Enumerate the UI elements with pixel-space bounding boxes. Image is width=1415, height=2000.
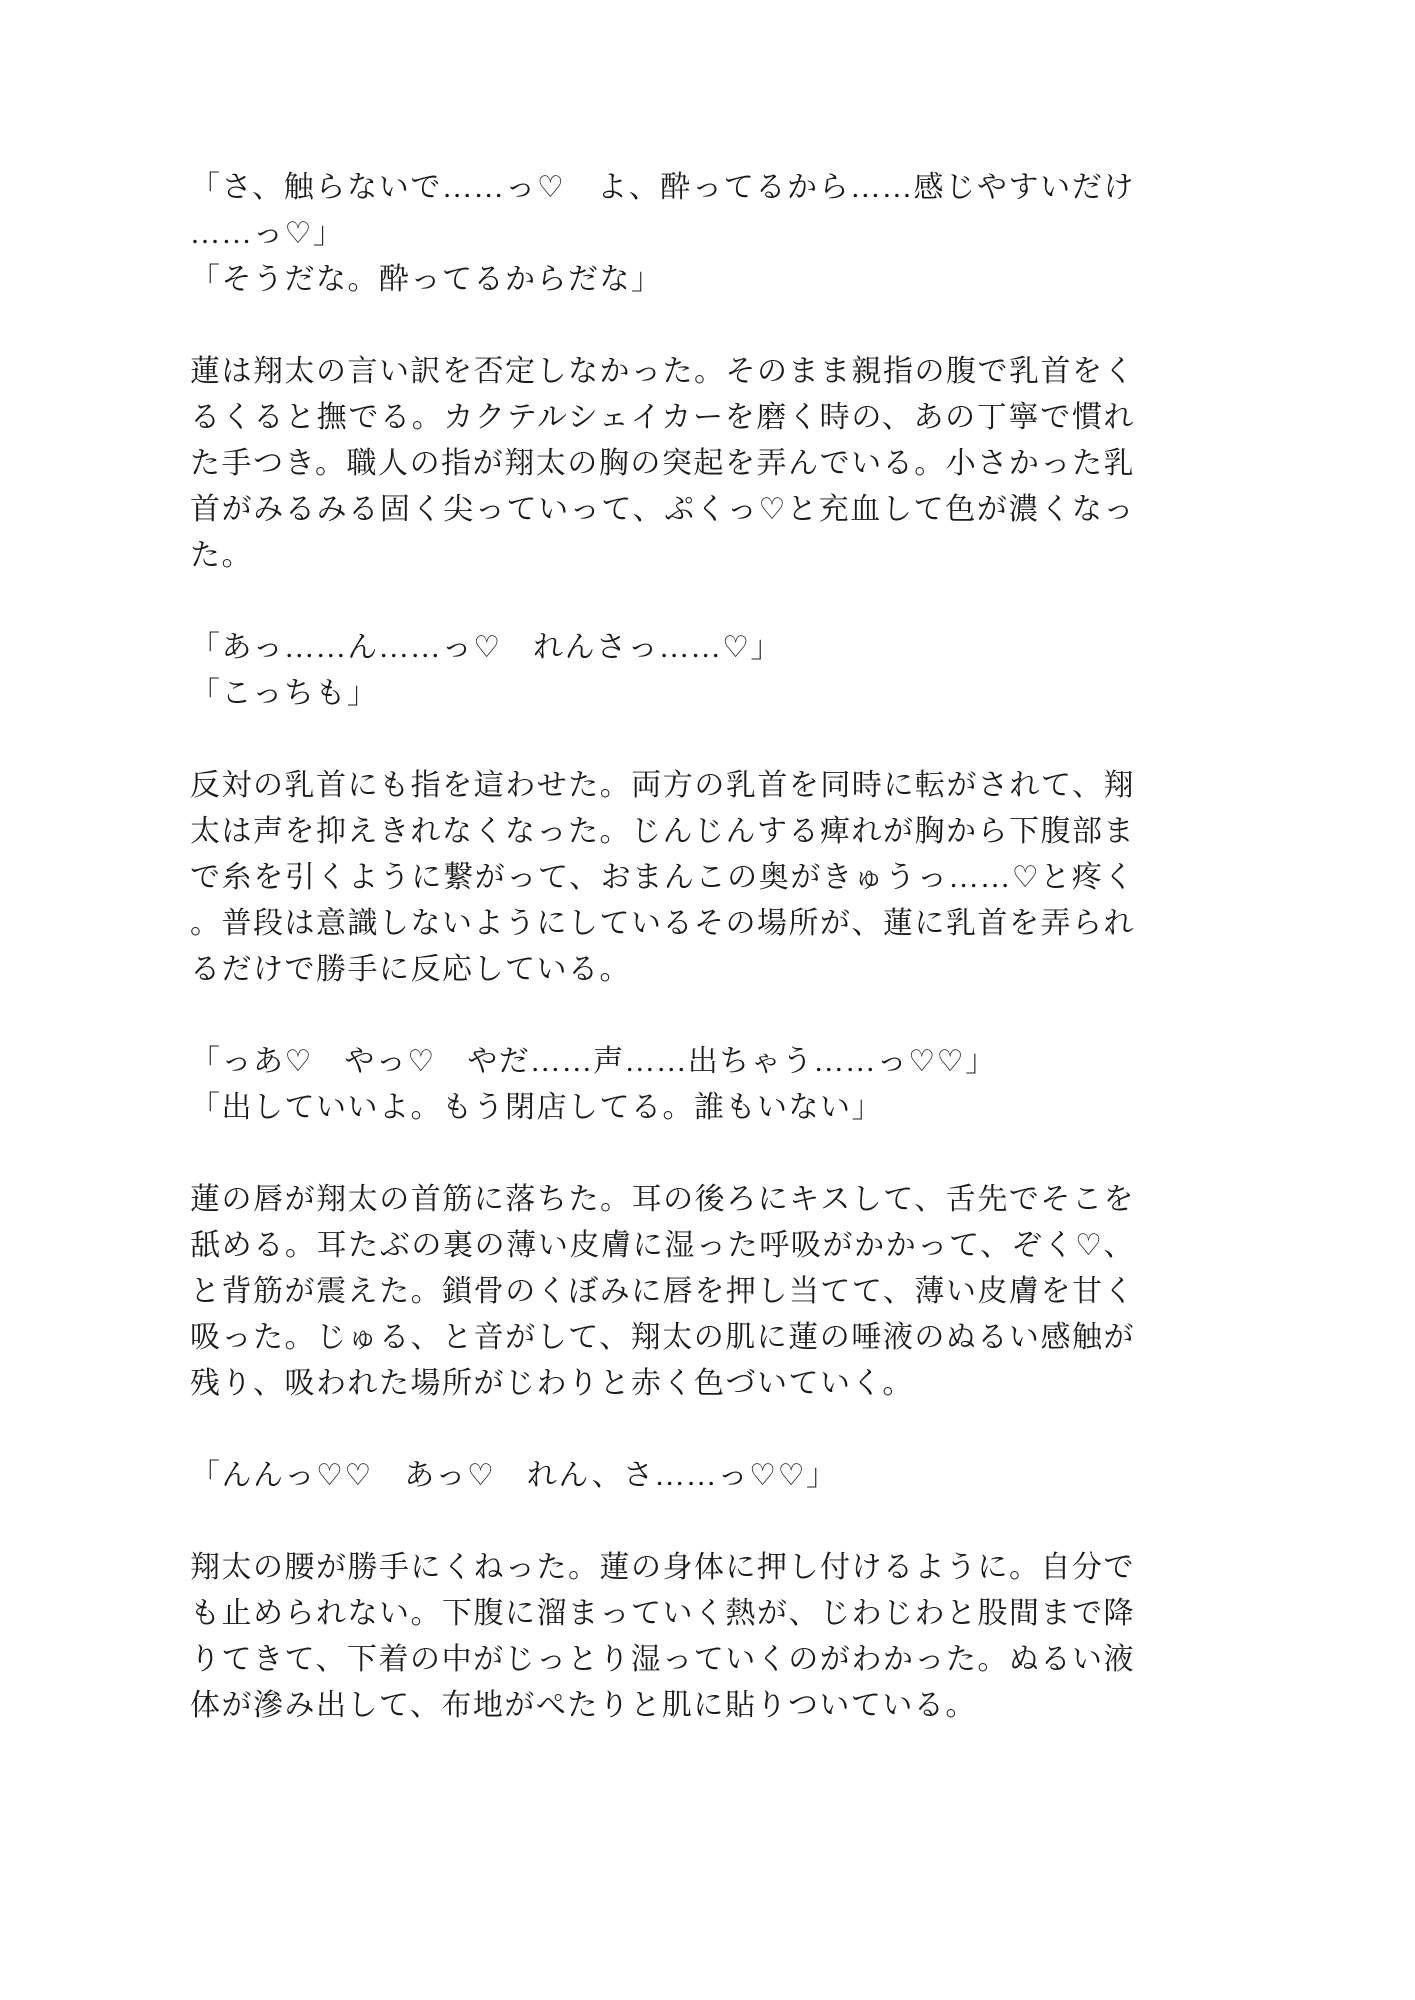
paragraph-3: 蓮の唇が翔太の首筋に落ちた。耳の後ろにキスして、舌先でそこを 舐める。耳たぶの裏… — [190, 1177, 1135, 1407]
text-line: りてきて、下着の中がじっとり湿っていくのがわかった。ぬるい液 — [190, 1637, 1135, 1683]
text-line: 「っあ♡ やっ♡ やだ……声……出ちゃう……っ♡♡」 — [190, 1039, 1135, 1085]
text-line: と背筋が震えた。鎖骨のくぼみに唇を押し当てて、薄い皮膚を甘く — [190, 1269, 1135, 1315]
dialogue-block-1: 「さ、触らないで……っ♡ よ、酔ってるから……感じやすいだけ ……っ♡」 「そう… — [190, 165, 1135, 303]
text-line: た。 — [190, 533, 1135, 579]
text-line: るだけで勝手に反応している。 — [190, 947, 1135, 993]
story-text: 「さ、触らないで……っ♡ よ、酔ってるから……感じやすいだけ ……っ♡」 「そう… — [190, 165, 1135, 1729]
text-line: 「あっ……ん……っ♡ れんさっ……♡」 — [190, 625, 1135, 671]
text-line: も止められない。下腹に溜まっていく熱が、じわじわと股間まで降 — [190, 1591, 1135, 1637]
text-line: 舐める。耳たぶの裏の薄い皮膚に湿った呼吸がかかって、ぞく♡、 — [190, 1223, 1135, 1269]
text-line: 翔太の腰が勝手にくねった。蓮の身体に押し付けるように。自分で — [190, 1545, 1135, 1591]
text-line: 体が滲み出して、布地がぺたりと肌に貼りついている。 — [190, 1683, 1135, 1729]
paragraph-4: 翔太の腰が勝手にくねった。蓮の身体に押し付けるように。自分で も止められない。下… — [190, 1545, 1135, 1729]
text-line: 蓮は翔太の言い訳を否定しなかった。そのまま親指の腹で乳首をく — [190, 349, 1135, 395]
text-line: 「出していいよ。もう閉店してる。誰もいない」 — [190, 1085, 1135, 1131]
text-line: るくると撫でる。カクテルシェイカーを磨く時の、あの丁寧で慣れ — [190, 395, 1135, 441]
text-line: 吸った。じゅる、と音がして、翔太の肌に蓮の唾液のぬるい感触が — [190, 1315, 1135, 1361]
paragraph-2: 反対の乳首にも指を這わせた。両方の乳首を同時に転がされて、翔 太は声を抑えきれな… — [190, 763, 1135, 993]
dialogue-block-3: 「っあ♡ やっ♡ やだ……声……出ちゃう……っ♡♡」 「出していいよ。もう閉店し… — [190, 1039, 1135, 1131]
document-page: 「さ、触らないで……っ♡ よ、酔ってるから……感じやすいだけ ……っ♡」 「そう… — [0, 0, 1415, 2000]
text-line: 「んんっ♡♡ あっ♡ れん、さ……っ♡♡」 — [190, 1453, 1135, 1499]
text-line: 首がみるみる固く尖っていって、ぷくっ♡と充血して色が濃くなっ — [190, 487, 1135, 533]
text-line: 。普段は意識しないようにしているその場所が、蓮に乳首を弄られ — [190, 901, 1135, 947]
text-line: 反対の乳首にも指を這わせた。両方の乳首を同時に転がされて、翔 — [190, 763, 1135, 809]
text-line: で糸を引くように繋がって、おまんこの奥がきゅうっ……♡と疼く — [190, 855, 1135, 901]
text-line: 蓮の唇が翔太の首筋に落ちた。耳の後ろにキスして、舌先でそこを — [190, 1177, 1135, 1223]
dialogue-block-2: 「あっ……ん……っ♡ れんさっ……♡」 「こっちも」 — [190, 625, 1135, 717]
text-line: 「こっちも」 — [190, 671, 1135, 717]
text-line: 「そうだな。酔ってるからだな」 — [190, 257, 1135, 303]
paragraph-1: 蓮は翔太の言い訳を否定しなかった。そのまま親指の腹で乳首をく るくると撫でる。カ… — [190, 349, 1135, 579]
text-line: 太は声を抑えきれなくなった。じんじんする痺れが胸から下腹部ま — [190, 809, 1135, 855]
text-line: ……っ♡」 — [190, 211, 1135, 257]
text-line: た手つき。職人の指が翔太の胸の突起を弄んでいる。小さかった乳 — [190, 441, 1135, 487]
text-line: 「さ、触らないで……っ♡ よ、酔ってるから……感じやすいだけ — [190, 165, 1135, 211]
text-line: 残り、吸われた場所がじわりと赤く色づいていく。 — [190, 1361, 1135, 1407]
dialogue-block-4: 「んんっ♡♡ あっ♡ れん、さ……っ♡♡」 — [190, 1453, 1135, 1499]
